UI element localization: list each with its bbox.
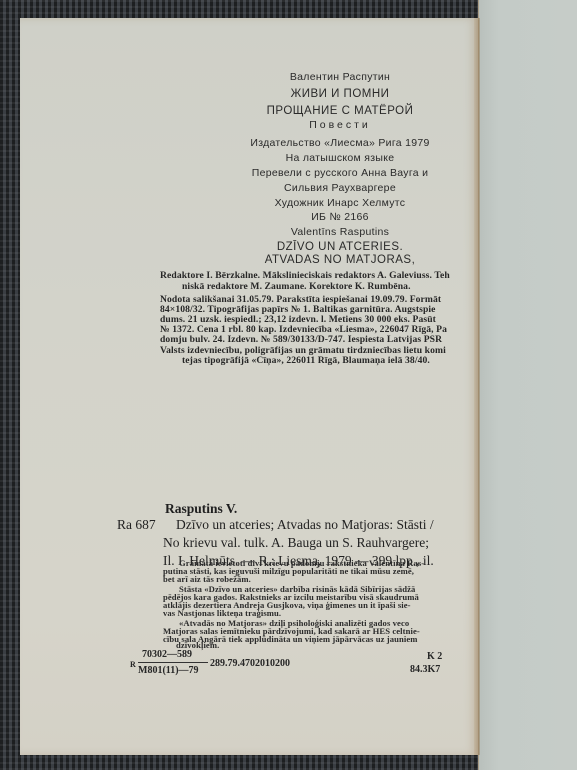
annotation-line: vas Nastjonas likteņa traģismu. [163, 609, 281, 618]
ib-number: ИБ № 2166 [311, 212, 369, 223]
imprint-block: Redaktore I. Bērzkalne. Mākslinieciskais… [150, 268, 476, 348]
catalog-call-number: Ra 687 [117, 518, 156, 532]
code-fraction-denominator: M801(11)—79 [138, 665, 199, 676]
class-code-1: K 2 [427, 651, 442, 662]
code-fraction-bar [138, 662, 208, 663]
catalog-heading: Rasputins V. [165, 502, 237, 516]
ru-translators-2: Сильвия Раухваргере [284, 183, 396, 194]
catalog-line: Dzīvo un atceries; Atvadas no Matjoras: … [176, 518, 434, 532]
facing-page [478, 0, 577, 770]
catalog-annotation: Grāmatā ievietoti divi krievu padomju ra… [160, 556, 478, 646]
code-fraction-numerator: 70302—589 [142, 649, 192, 660]
ru-genre: Повести [309, 120, 371, 131]
ru-title-1: ЖИВИ И ПОМНИ [291, 89, 390, 101]
imprint-line: tejas tipogrāfijā «Cīņa», 226011 Rīgā, B… [182, 356, 430, 366]
ru-title-2: ПРОЩАНИЕ С МАТЁРОЙ [267, 106, 414, 118]
ru-author: Валентин Распутин [290, 72, 390, 83]
lv-title-1: DZĪVO UN ATCERIES. [277, 242, 403, 254]
catalog-line: No krievu val. tulk. A. Bauga un S. Rauh… [163, 536, 429, 550]
annotation-line: bet arī aiz tās robežām. [163, 575, 251, 584]
class-code-2: 84.3K7 [410, 664, 440, 675]
ru-translators-1: Перевели с русского Анна Вауга и [252, 168, 429, 179]
imprint-line: domju bulv. 24. Izdevn. № 589/30133/D-74… [160, 335, 442, 345]
ru-language: На латышском языке [286, 153, 395, 164]
ru-illustrator: Художник Инарс Хелмутс [275, 198, 406, 209]
ru-publisher: Издательство «Лиесма» Рига 1979 [250, 138, 429, 149]
imprint-block-end: Valsts izdevniecību, poligrāfijas un grā… [150, 346, 476, 370]
imprint-editors-2: niskā redaktore M. Zaumane. Korektore K.… [182, 282, 411, 292]
imprint-editors-1: Redaktore I. Bērzkalne. Mākslinieciskais… [160, 271, 450, 281]
lv-author: Valentīns Rasputins [291, 227, 389, 238]
lv-title-2: ATVADAS NO MATJORAS, [265, 255, 416, 267]
code-number: 289.79.4702010200 [210, 658, 290, 669]
code-prefix: R [130, 660, 136, 669]
